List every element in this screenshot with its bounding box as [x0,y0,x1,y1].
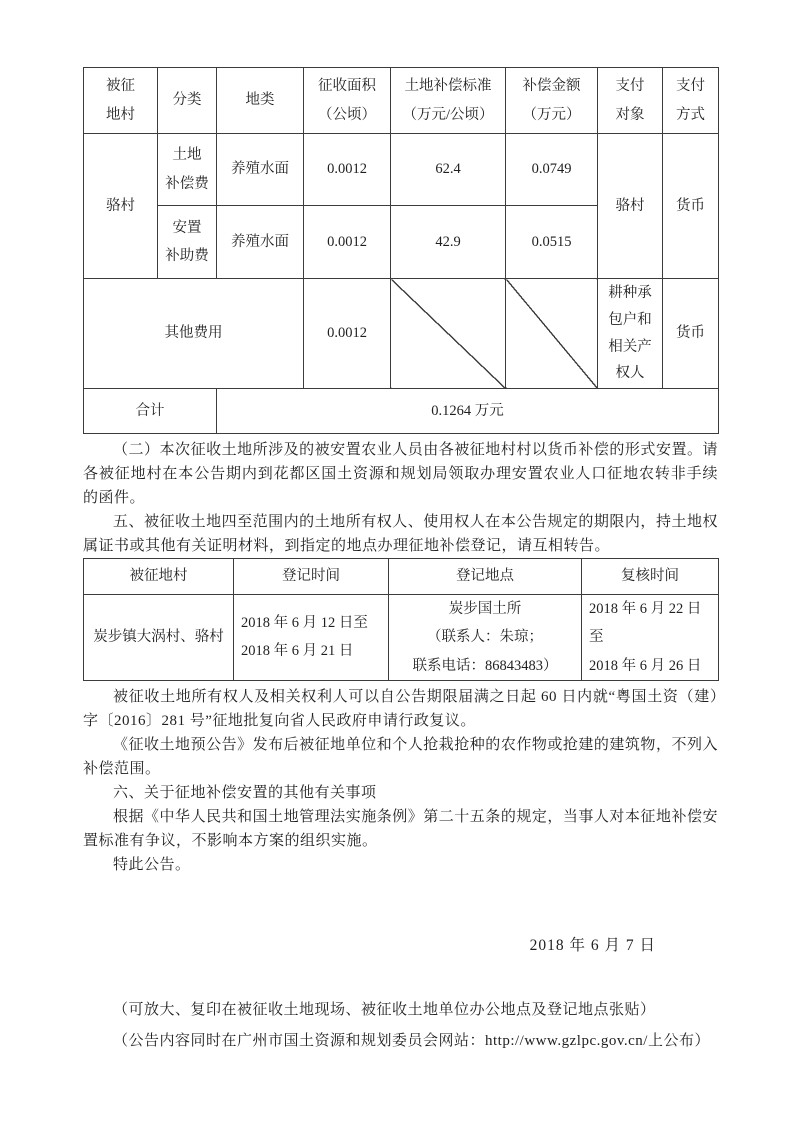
paragraph-registration-notice: 五、被征收土地四至范围内的土地所有权人、使用权人在本公告规定的期限内，持土地权属… [83,510,718,558]
cell-standard-2: 42.9 [391,206,506,279]
row-land-compensation: 骆村 土地 补偿费 养殖水面 0.0012 62.4 0.0749 骆村 货币 [84,134,719,206]
compensation-table: 被征 地村 分类 地类 征收面积 （公顷） 土地补偿标准 （万元/公顷） 补偿金… [83,67,719,434]
header-reg-village: 被征地村 [84,559,234,595]
header-expropriated-village: 被征 地村 [84,68,158,134]
cell-reg-place: 炭步国土所 （联系人：朱琼； 联系电话：86843483） [389,595,582,681]
paragraph-administrative-review: 被征收土地所有权人及相关权利人可以自公告期限届满之日起 60 日内就“粤国土资（… [83,685,718,733]
footnotes-block: （可放大、复印在被征收土地现场、被征收土地单位办公地点及登记地点张贴） （公告内… [83,995,718,1057]
header-standard: 土地补偿标准 （万元/公顷） [391,68,506,134]
cell-total-label: 合计 [84,389,217,434]
cell-amount-1: 0.0749 [506,134,598,206]
header-category: 分类 [158,68,217,134]
cell-total-value: 0.1264 万元 [217,389,719,434]
cell-land-type-1: 养殖水面 [217,134,304,206]
header-amount: 补偿金额 （万元） [506,68,598,134]
footnote-website: （公告内容同时在广州市国土资源和规划委员会网站：http://www.gzlpc… [83,1026,718,1057]
cell-reg-village: 炭步镇大涡村、骆村 [84,595,234,681]
cell-other-fees-pay-method: 货币 [663,279,719,389]
diagonal-slash-cell [506,279,598,389]
cell-other-fees-payee: 耕种承包户和相关产权人 [598,279,663,389]
cell-category-resettlement-subsidy: 安置 补助费 [158,206,217,279]
document-content: 被征 地村 分类 地类 征收面积 （公顷） 土地补偿标准 （万元/公顷） 补偿金… [83,0,718,1057]
cell-other-fees-area: 0.0012 [304,279,391,389]
cell-standard-1: 62.4 [391,134,506,206]
header-land-type: 地类 [217,68,304,134]
document-page: 被征 地村 分类 地类 征收面积 （公顷） 土地补偿标准 （万元/公顷） 补偿金… [0,0,800,1131]
header-review-time: 复核时间 [582,559,719,595]
paragraph-other-matters-heading: 六、关于征地补偿安置的其他有关事项 [83,781,718,805]
paragraph-dispute: 根据《中华人民共和国土地管理法实施条例》第二十五条的规定，当事人对本征地补偿安置… [83,805,718,853]
body-text-block-2: 被征收土地所有权人及相关权利人可以自公告期限届满之日起 60 日内就“粤国土资（… [83,685,718,877]
cell-area-2: 0.0012 [304,206,391,279]
cell-review-time: 2018 年 6 月 22 日至 2018 年 6 月 26 日 [582,595,719,681]
cell-area-1: 0.0012 [304,134,391,206]
cell-payee-village: 骆村 [598,134,663,279]
row-total: 合计 0.1264 万元 [84,389,719,434]
body-text-block-1: （二）本次征收土地所涉及的被安置农业人员由各被征地村村以货币补偿的形式安置。请各… [83,438,718,558]
cell-category-land-compensation: 土地 补偿费 [158,134,217,206]
registration-table-header-row: 被征地村 登记时间 登记地点 复核时间 [84,559,719,595]
registration-table: 被征地村 登记时间 登记地点 复核时间 炭步镇大涡村、骆村 2018 年 6 月… [83,558,719,681]
cell-village: 骆村 [84,134,158,279]
diagonal-slash-cell [391,279,506,389]
header-reg-time: 登记时间 [234,559,389,595]
row-other-fees: 其他费用 0.0012 耕种承包户和相关产权人 货币 [84,279,719,389]
footnote-posting: （可放大、复印在被征收土地现场、被征收土地单位办公地点及登记地点张贴） [83,995,718,1026]
paragraph-hereby-announced: 特此公告。 [83,853,718,877]
header-pay-method: 支付 方式 [663,68,719,134]
header-area: 征收面积 （公顷） [304,68,391,134]
cell-land-type-2: 养殖水面 [217,206,304,279]
cell-amount-2: 0.0515 [506,206,598,279]
registration-table-data-row: 炭步镇大涡村、骆村 2018 年 6 月 12 日至 2018 年 6 月 21… [84,595,719,681]
cell-pay-method-currency: 货币 [663,134,719,279]
paragraph-resettlement: （二）本次征收土地所涉及的被安置农业人员由各被征地村村以货币补偿的形式安置。请各… [83,438,718,510]
paragraph-pre-announcement: 《征收土地预公告》发布后被征地单位和个人抢栽抢种的农作物或抢建的建筑物，不列入补… [83,733,718,781]
compensation-table-header-row: 被征 地村 分类 地类 征收面积 （公顷） 土地补偿标准 （万元/公顷） 补偿金… [84,68,719,134]
header-reg-place: 登记地点 [389,559,582,595]
cell-other-fees-label: 其他费用 [84,279,304,389]
document-date: 2018 年 6 月 7 日 [83,933,718,959]
header-payee: 支付 对象 [598,68,663,134]
cell-reg-time: 2018 年 6 月 12 日至 2018 年 6 月 21 日 [234,595,389,681]
